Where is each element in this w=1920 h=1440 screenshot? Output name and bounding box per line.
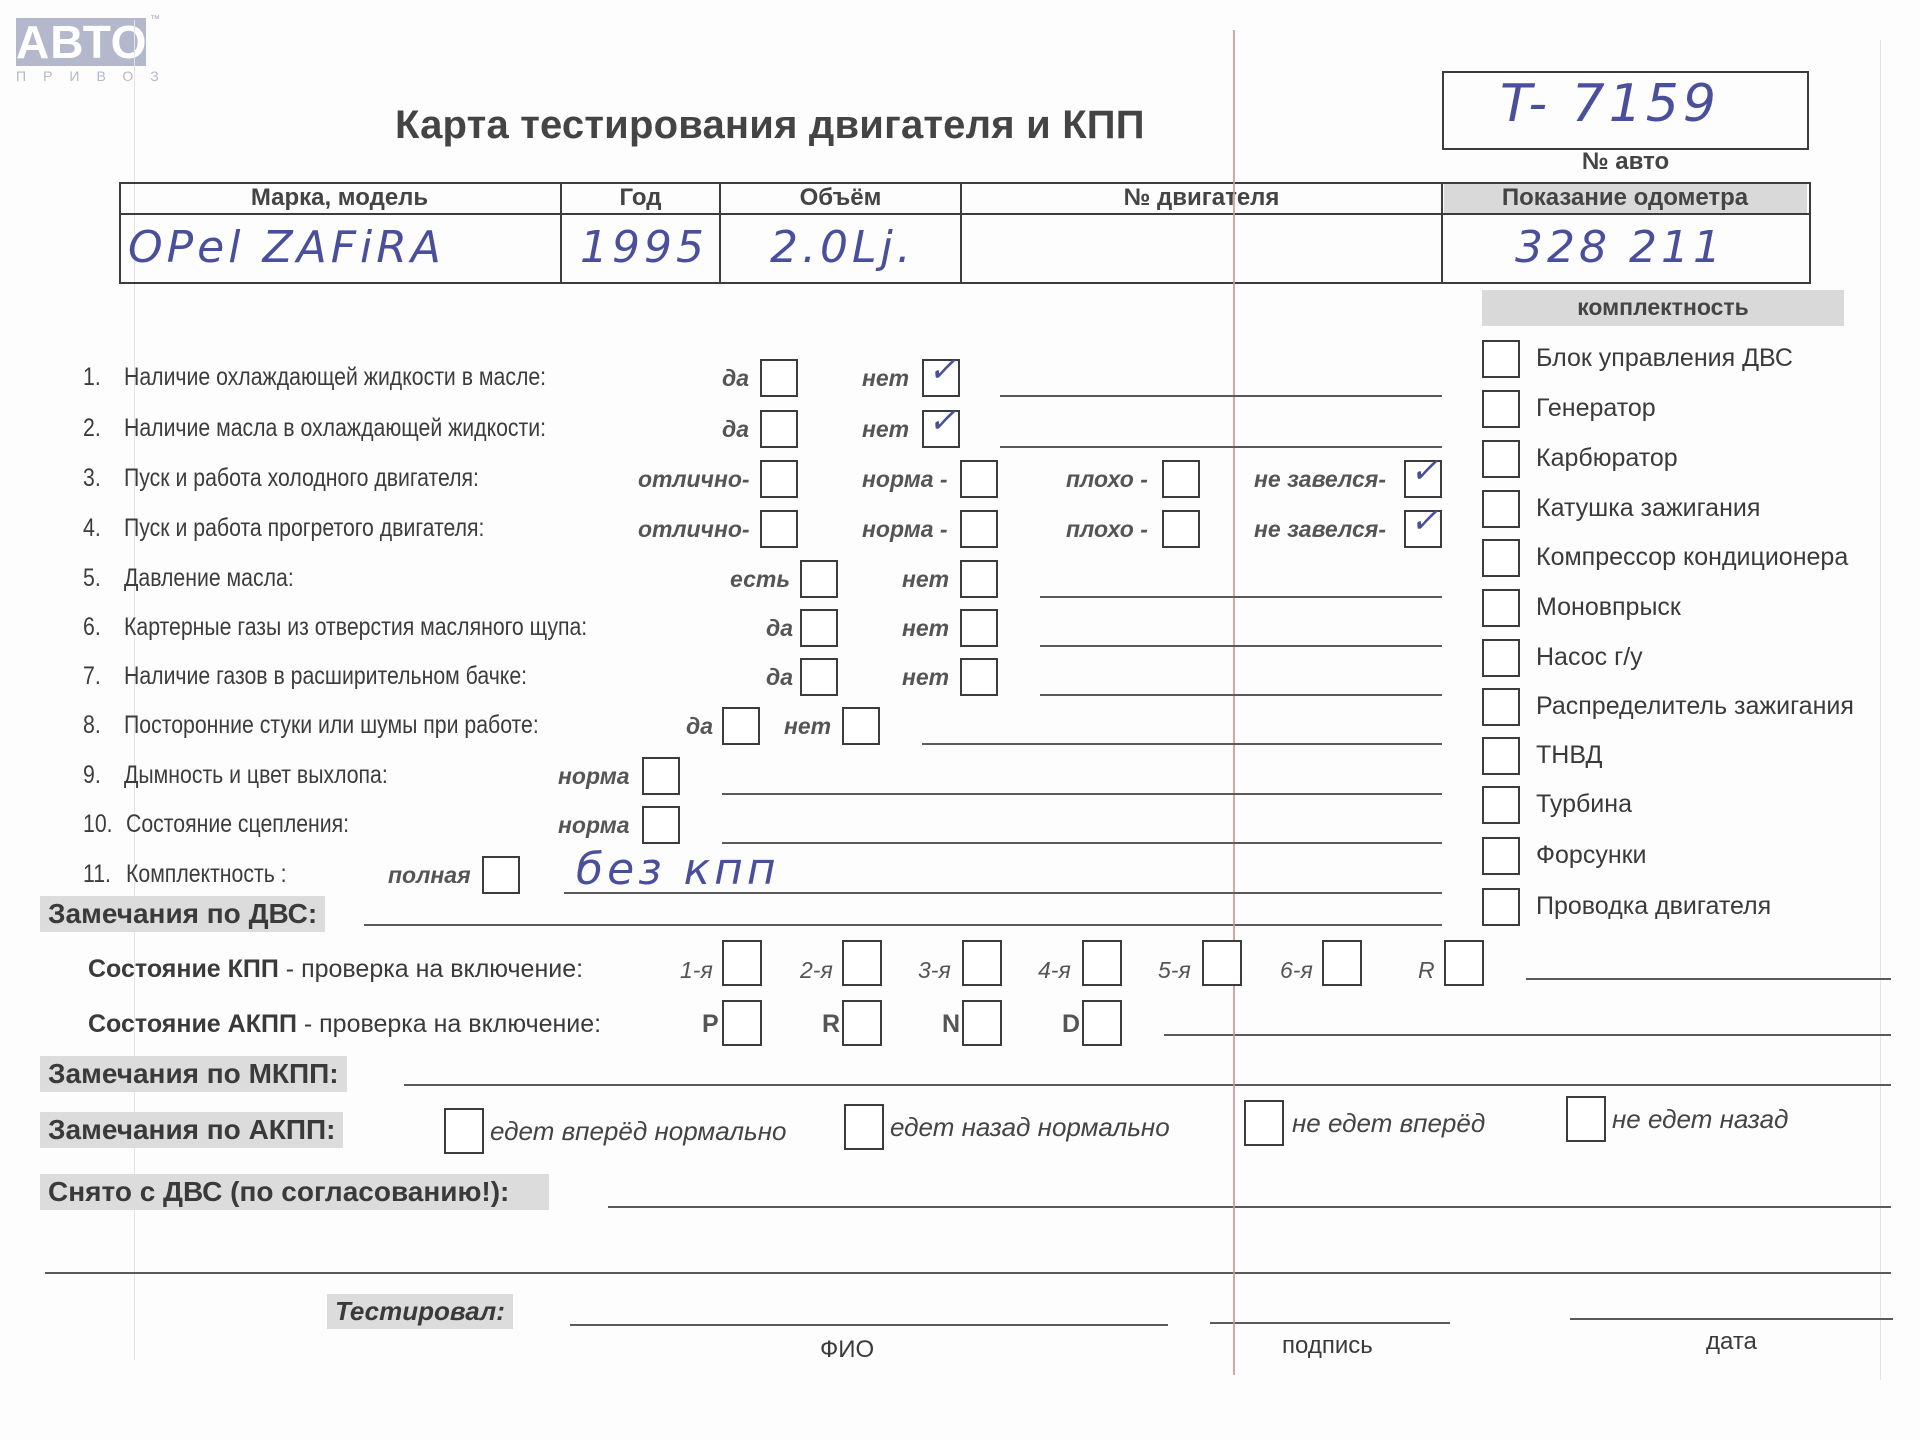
logo-tm: ™: [150, 14, 160, 25]
col-year: Год: [562, 184, 719, 212]
option-checkbox[interactable]: [1162, 460, 1200, 498]
option-label: нет: [902, 566, 949, 593]
option-checkbox[interactable]: [1162, 510, 1200, 548]
date-caption: дата: [1706, 1328, 1757, 1356]
completeness-item-label: Распределитель зажигания: [1536, 692, 1854, 721]
gear-label: R: [1418, 957, 1435, 984]
gear-label: 5-я: [1158, 957, 1191, 984]
option-checkbox[interactable]: [642, 806, 680, 844]
question-number: 1.: [83, 363, 101, 392]
question-number: 11.: [83, 860, 111, 889]
completeness-item-label: Форсунки: [1536, 841, 1647, 870]
option-checkbox[interactable]: [760, 410, 798, 448]
removed-input[interactable]: [608, 1206, 1891, 1208]
option-label: плохо -: [1066, 466, 1148, 493]
option-checkbox[interactable]: [960, 560, 998, 598]
akpp-remark-label: не едет назад: [1612, 1104, 1788, 1135]
completeness-checkbox[interactable]: [1482, 390, 1520, 428]
option-checkbox[interactable]: [722, 707, 760, 745]
akpp-mode-checkbox[interactable]: [722, 1000, 762, 1046]
question-number: 8.: [83, 711, 101, 740]
gear-checkbox[interactable]: [842, 940, 882, 986]
removed-label: Снято с ДВС (по согласованию!):: [40, 1174, 549, 1210]
question-number: 5.: [83, 564, 101, 593]
option-label: нет: [862, 416, 909, 443]
remarks-mkpp-input[interactable]: [404, 1084, 1891, 1086]
option-label: не завелся-: [1254, 466, 1386, 493]
akpp-mode-checkbox[interactable]: [842, 1000, 882, 1046]
option-checkbox[interactable]: [800, 609, 838, 647]
car-number-value[interactable]: T- 7159: [1500, 74, 1720, 134]
question-text: Наличие масла в охлаждающей жидкости:: [124, 414, 546, 443]
option-label: норма -: [862, 516, 948, 543]
completeness-checkbox[interactable]: [1482, 888, 1520, 926]
option-label: да: [766, 615, 793, 642]
checkmark-icon: ✓: [928, 404, 957, 438]
option-checkbox[interactable]: [960, 658, 998, 696]
question-note-input[interactable]: [1040, 596, 1442, 598]
question-number: 6.: [83, 613, 101, 642]
question-note-input[interactable]: [922, 743, 1442, 745]
page-title: Карта тестирования двигателя и КПП: [395, 103, 1145, 148]
odometer-value[interactable]: 328 211: [1515, 222, 1725, 273]
logo-subtitle: ПРИВОЗ: [16, 68, 176, 84]
option-checkbox[interactable]: [482, 856, 520, 894]
option-label: да: [722, 416, 749, 443]
question-number: 2.: [83, 414, 101, 443]
completeness-checkbox[interactable]: [1482, 589, 1520, 627]
completeness-checkbox[interactable]: [1482, 837, 1520, 875]
tested-by-label: Тестировал:: [327, 1294, 513, 1329]
akpp-notes-input[interactable]: [1164, 1034, 1891, 1036]
option-checkbox[interactable]: [642, 757, 680, 795]
scan-artifact: [1880, 40, 1881, 1380]
question-note-input[interactable]: [722, 842, 1442, 844]
option-checkbox[interactable]: [960, 510, 998, 548]
completeness-checkbox[interactable]: [1482, 539, 1520, 577]
akpp-remark-label: не едет вперёд: [1292, 1108, 1485, 1139]
completeness-checkbox[interactable]: [1482, 490, 1520, 528]
option-checkbox[interactable]: [960, 609, 998, 647]
remarks-engine-label: Замечания по ДВС:: [40, 896, 325, 932]
akpp-label-bold: Состояние АКПП: [88, 1010, 297, 1038]
akpp-mode-label: N: [942, 1010, 960, 1039]
option-label: плохо -: [1066, 516, 1148, 543]
question-number: 3.: [83, 464, 101, 493]
completeness-item-label: Карбюратор: [1536, 444, 1678, 473]
checkmark-icon: ✓: [928, 353, 957, 387]
kpp-notes-input[interactable]: [1526, 978, 1891, 980]
table-divider: [119, 213, 1809, 215]
option-checkbox[interactable]: ✓: [1404, 460, 1442, 498]
question-text: Комплектность :: [126, 860, 287, 889]
gear-checkbox[interactable]: [722, 940, 762, 986]
remarks-engine-input[interactable]: [364, 924, 1442, 926]
question-note-input[interactable]: [1000, 395, 1442, 397]
option-label: есть: [730, 566, 790, 593]
akpp-remark-checkbox[interactable]: [1566, 1096, 1606, 1142]
logo: АВТО: [16, 18, 146, 66]
option-checkbox[interactable]: [760, 359, 798, 397]
gear-checkbox[interactable]: [1082, 940, 1122, 986]
option-label: полная: [388, 862, 471, 889]
akpp-mode-label: R: [822, 1010, 840, 1039]
completeness-checkbox[interactable]: [1482, 688, 1520, 726]
akpp-mode-label: D: [1062, 1010, 1080, 1039]
gear-checkbox[interactable]: [962, 940, 1002, 986]
akpp-remark-checkbox[interactable]: [444, 1108, 484, 1154]
completeness-item-label: ТНВД: [1536, 741, 1602, 770]
question-text: Картерные газы из отверстия масляного щу…: [124, 613, 587, 642]
option-checkbox[interactable]: ✓: [1404, 510, 1442, 548]
akpp-remark-checkbox[interactable]: [844, 1104, 884, 1150]
option-label: отлично-: [638, 516, 750, 543]
option-label: нет: [784, 713, 831, 740]
gear-checkbox[interactable]: [1202, 940, 1242, 986]
option-label: отлично-: [638, 466, 750, 493]
remarks-akpp-label: Замечания по АКПП:: [40, 1112, 343, 1148]
akpp-remark-checkbox[interactable]: [1244, 1100, 1284, 1146]
question-text: Состояние сцепления:: [126, 810, 349, 839]
completeness-item-label: Катушка зажигания: [1536, 494, 1760, 523]
option-checkbox[interactable]: [800, 658, 838, 696]
fio-input[interactable]: [570, 1324, 1168, 1326]
checkmark-icon: ✓: [1410, 454, 1439, 488]
option-label: не завелся-: [1254, 516, 1386, 543]
completeness-checkbox[interactable]: [1482, 639, 1520, 677]
question-number: 10.: [83, 810, 113, 839]
option-label: да: [722, 365, 749, 392]
option-checkbox[interactable]: ✓: [922, 410, 960, 448]
option-label: да: [686, 713, 713, 740]
question-note-input[interactable]: [722, 793, 1442, 795]
question-text: Давление масла:: [124, 564, 294, 593]
akpp-mode-checkbox[interactable]: [962, 1000, 1002, 1046]
question-number: 7.: [83, 662, 101, 691]
question-text: Дымность и цвет выхлопа:: [124, 761, 388, 790]
question-number: 4.: [83, 514, 101, 543]
col-make-model: Марка, модель: [119, 184, 560, 212]
car-number-label: № авто: [1442, 148, 1809, 176]
akpp-mode-checkbox[interactable]: [1082, 1000, 1122, 1046]
gear-label: 1-я: [680, 957, 713, 984]
year-value[interactable]: 1995: [580, 222, 708, 273]
completeness-checkbox[interactable]: [1482, 440, 1520, 478]
gear-label: 2-я: [800, 957, 833, 984]
fio-caption: ФИО: [820, 1336, 874, 1364]
signature-caption: подпись: [1282, 1332, 1373, 1360]
completeness-item-label: Компрессор кондиционера: [1536, 543, 1848, 572]
completeness-checkbox[interactable]: [1482, 340, 1520, 378]
gear-checkbox[interactable]: [1322, 940, 1362, 986]
signature-input[interactable]: [1210, 1322, 1450, 1324]
completeness-checkbox[interactable]: [1482, 737, 1520, 775]
option-label: нет: [862, 365, 909, 392]
question-text: Пуск и работа прогретого двигателя:: [124, 514, 484, 543]
completeness-item-label: Проводка двигателя: [1536, 892, 1771, 921]
kpp-label-rest: - проверка на включение:: [279, 955, 583, 983]
gear-checkbox[interactable]: [1444, 940, 1484, 986]
checkmark-icon: ✓: [1410, 504, 1439, 538]
question-note-value[interactable]: без кпп: [576, 844, 780, 895]
margin-line: [1233, 30, 1235, 1375]
question-text: Наличие охлаждающей жидкости в масле:: [124, 363, 546, 392]
option-label: норма: [558, 763, 630, 790]
volume-value[interactable]: 2.0Lj.: [770, 222, 915, 273]
akpp-label-rest: - проверка на включение:: [297, 1010, 601, 1038]
option-label: нет: [902, 615, 949, 642]
option-checkbox[interactable]: [960, 460, 998, 498]
question-number: 9.: [83, 761, 101, 790]
completeness-item-label: Моновпрыск: [1536, 593, 1681, 622]
option-checkbox[interactable]: [800, 560, 838, 598]
question-text: Посторонние стуки или шумы при работе:: [124, 711, 539, 740]
removed-input-line-2[interactable]: [45, 1272, 1891, 1274]
date-input[interactable]: [1570, 1318, 1893, 1320]
option-label: да: [766, 664, 793, 691]
completeness-item-label: Генератор: [1536, 394, 1656, 423]
akpp-mode-label: P: [702, 1010, 719, 1039]
gear-label: 3-я: [918, 957, 951, 984]
kpp-label-bold: Состояние КПП: [88, 955, 279, 983]
option-label: норма: [558, 812, 630, 839]
option-label: нет: [902, 664, 949, 691]
col-engine-number: № двигателя: [962, 184, 1441, 212]
akpp-remark-label: едет назад нормально: [890, 1112, 1170, 1143]
completeness-title: комплектность: [1482, 294, 1844, 321]
question-note-input[interactable]: [1000, 446, 1442, 448]
gear-label: 6-я: [1280, 957, 1313, 984]
akpp-label: Состояние АКПП - проверка на включение:: [88, 1010, 601, 1039]
option-checkbox[interactable]: [760, 510, 798, 548]
completeness-item-label: Турбина: [1536, 790, 1632, 819]
remarks-mkpp-label: Замечания по МКПП:: [40, 1056, 347, 1092]
question-note-input[interactable]: [1040, 694, 1442, 696]
completeness-item-label: Блок управления ДВС: [1536, 344, 1793, 373]
col-volume: Объём: [721, 184, 960, 212]
completeness-checkbox[interactable]: [1482, 786, 1520, 824]
option-checkbox[interactable]: [760, 460, 798, 498]
question-text: Пуск и работа холодного двигателя:: [124, 464, 479, 493]
question-text: Наличие газов в расширительном бачке:: [124, 662, 527, 691]
col-odometer: Показание одометра: [1443, 184, 1807, 212]
kpp-label: Состояние КПП - проверка на включение:: [88, 955, 583, 984]
gear-label: 4-я: [1038, 957, 1071, 984]
option-checkbox[interactable]: ✓: [922, 359, 960, 397]
question-note-input[interactable]: [1040, 645, 1442, 647]
option-checkbox[interactable]: [842, 707, 880, 745]
make-model-value[interactable]: OPel ZAFiRA: [128, 222, 445, 273]
akpp-remark-label: едет вперёд нормально: [490, 1116, 786, 1147]
completeness-item-label: Насос г/у: [1536, 643, 1643, 672]
option-label: норма -: [862, 466, 948, 493]
